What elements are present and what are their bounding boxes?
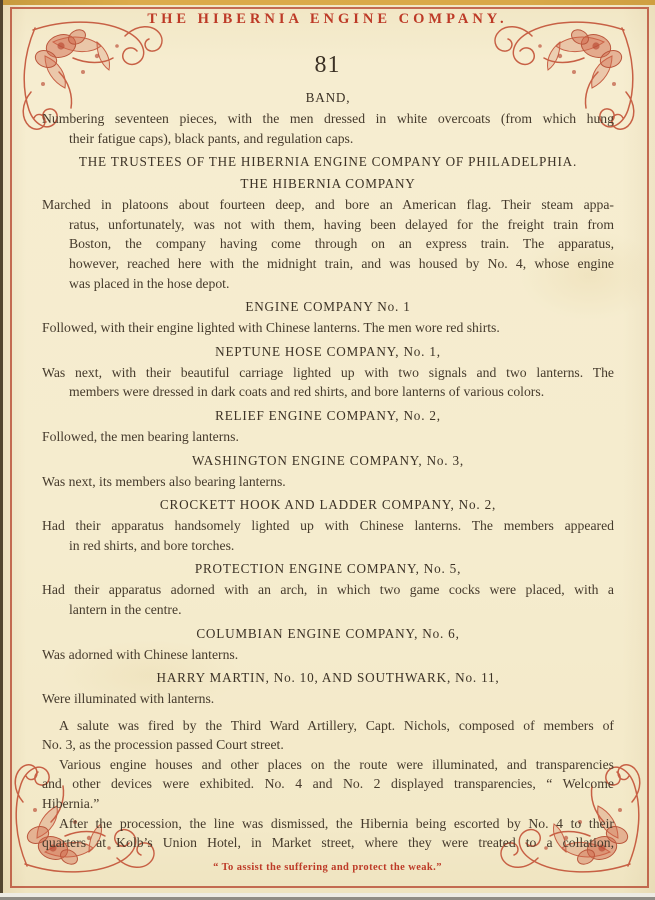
section-heading: ENGINE COMPANY No. 1 bbox=[42, 298, 614, 315]
paragraph-line: Followed, the men bearing lanterns. bbox=[42, 427, 614, 447]
section-heading: THE HIBERNIA COMPANY bbox=[42, 175, 614, 192]
section-heading: CROCKETT HOOK AND LADDER COMPANY, No. 2, bbox=[42, 496, 614, 513]
book-page: { "page": { "header_title": "THE HIBERNI… bbox=[0, 0, 655, 900]
paragraph-line: Hibernia.” bbox=[42, 794, 614, 814]
paragraph: Was adorned with Chinese lanterns. bbox=[42, 645, 614, 665]
paragraph-line: Followed, with their engine lighted with… bbox=[42, 318, 614, 338]
section-heading: HARRY MARTIN, No. 10, AND SOUTHWARK, No.… bbox=[42, 669, 614, 686]
section-heading: NEPTUNE HOSE COMPANY, No. 1, bbox=[42, 343, 614, 360]
page-number: 81 bbox=[0, 52, 655, 79]
paragraph-line: and other devices were exhibited. No. 4 … bbox=[42, 774, 614, 794]
paragraph-line: their fatigue caps), black pants, and re… bbox=[69, 129, 614, 149]
paragraph-line: lantern in the centre. bbox=[69, 600, 614, 620]
section-heading: WASHINGTON ENGINE COMPANY, No. 3, bbox=[42, 452, 614, 469]
content: BAND,Numbering seventeen pieces, with th… bbox=[42, 84, 614, 853]
section-heading: COLUMBIAN ENGINE COMPANY, No. 6, bbox=[42, 625, 614, 642]
paragraph-line: Boston, the company having come through … bbox=[69, 234, 614, 254]
paragraph: Followed, with their engine lighted with… bbox=[42, 318, 614, 338]
section-heading: PROTECTION ENGINE COMPANY, No. 5, bbox=[42, 560, 614, 577]
paragraph-line: Had their apparatus adorned with an arch… bbox=[42, 580, 614, 600]
paragraph: After the procession, the line was dismi… bbox=[42, 814, 614, 853]
paragraph-line: A salute was fired by the Third Ward Art… bbox=[42, 716, 614, 736]
paragraph-line: Was next, its members also bearing lante… bbox=[42, 472, 614, 492]
paragraph: Was next, its members also bearing lante… bbox=[42, 472, 614, 492]
paragraph-line: After the procession, the line was dismi… bbox=[42, 814, 614, 834]
paragraph: Marched in platoons about fourteen deep,… bbox=[42, 195, 614, 293]
paragraph-line: Were illuminated with lanterns. bbox=[42, 689, 614, 709]
scan-edge-left bbox=[0, 0, 3, 894]
section-heading: THE TRUSTEES OF THE HIBERNIA ENGINE COMP… bbox=[42, 153, 614, 170]
paragraph-line: No. 3, as the procession passed Court st… bbox=[42, 735, 614, 755]
paragraph-line: Had their apparatus handsomely lighted u… bbox=[42, 516, 614, 536]
paragraph-line: members were dressed in dark coats and r… bbox=[69, 382, 614, 402]
paragraph-line: ratus, unfortunately, was not with them,… bbox=[69, 215, 614, 235]
paragraph-line: Was adorned with Chinese lanterns. bbox=[42, 645, 614, 665]
paragraph-line: was placed in the hose depot. bbox=[69, 274, 614, 294]
footer-motto: “ To assist the suffering and protect th… bbox=[0, 862, 655, 873]
paragraph: Was next, with their beautiful carriage … bbox=[42, 363, 614, 402]
paragraph-line: Various engine houses and other places o… bbox=[42, 755, 614, 775]
section-heading: RELIEF ENGINE COMPANY, No. 2, bbox=[42, 407, 614, 424]
paragraph-line: quarters at Kolb’s Union Hotel, in Marke… bbox=[42, 833, 614, 853]
paragraph: Had their apparatus handsomely lighted u… bbox=[42, 516, 614, 555]
paragraph: Various engine houses and other places o… bbox=[42, 755, 614, 814]
paragraph-line: however, reached here with the midnight … bbox=[69, 254, 614, 274]
paragraph-line: in red shirts, and bore torches. bbox=[69, 536, 614, 556]
scan-edge-top bbox=[0, 0, 655, 5]
paragraph: Had their apparatus adorned with an arch… bbox=[42, 580, 614, 619]
paragraph-line: Marched in platoons about fourteen deep,… bbox=[42, 195, 614, 215]
paragraph: Followed, the men bearing lanterns. bbox=[42, 427, 614, 447]
paragraph: Were illuminated with lanterns. bbox=[42, 689, 614, 709]
paragraph-line: Numbering seventeen pieces, with the men… bbox=[42, 109, 614, 129]
paragraph: Numbering seventeen pieces, with the men… bbox=[42, 109, 614, 148]
section-heading: BAND, bbox=[42, 89, 614, 106]
paragraph: A salute was fired by the Third Ward Art… bbox=[42, 716, 614, 755]
running-header-title: THE HIBERNIA ENGINE COMPANY. bbox=[0, 11, 655, 28]
paragraph-line: Was next, with their beautiful carriage … bbox=[42, 363, 614, 383]
